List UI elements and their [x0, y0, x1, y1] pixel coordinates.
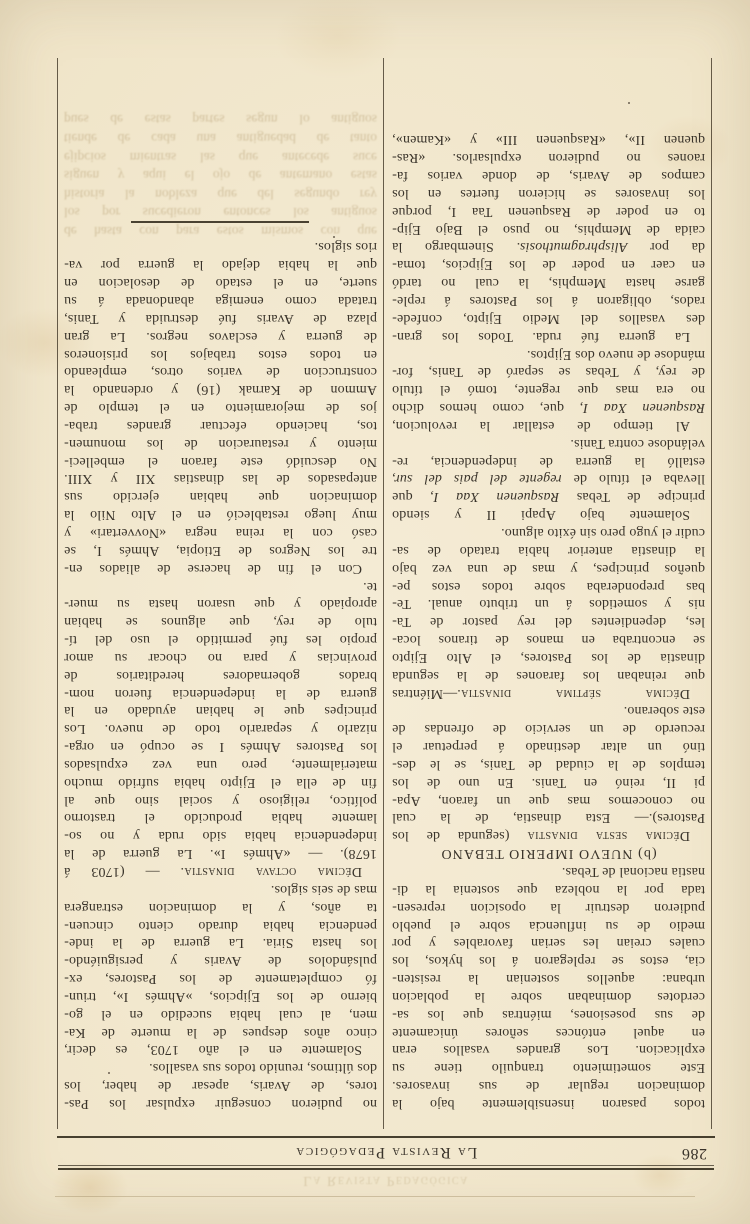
text-line: Con el fin de hacerse de aliados en-: [64, 559, 377, 577]
text-line: cudir el yugo pero sin éxito alguno.: [392, 523, 705, 541]
text-line: de sus posesiones, miéntras que los sa-: [392, 1005, 705, 1023]
text-line: tos, haciendo efectuar grandes traba-: [64, 416, 377, 434]
text-line: garse hasta Memphis, la cual no tardó: [392, 273, 705, 291]
text-line: fó completamente de los Pastores, ex-: [64, 969, 377, 987]
text-line: miento y restauracion de los monumen-: [64, 434, 377, 452]
text-line: pendencia habia durado ciento cincuen-: [64, 916, 377, 934]
text-column-left: todos pasaron insensiblemente bajo ladom…: [392, 131, 705, 1112]
text-line: propio les fué permitido el uso del tí-: [64, 630, 377, 648]
text-line: apropiado y que usaron hasta su muer-: [64, 595, 377, 613]
text-line: rados, obligaron á los Pastores á reple-: [392, 291, 705, 309]
text-line: que reinaban los faraones de la segunda: [392, 666, 705, 684]
paper-speck: [628, 102, 630, 104]
text-line: provincias y para no chocar su amor: [64, 648, 377, 666]
text-line: mándose de nuevo dos Ejiptos.: [392, 345, 705, 363]
text-line: todos pasaron insensiblemente bajo la: [392, 1094, 705, 1112]
text-line: Décima séptima dinastia.—Miéntras: [392, 684, 705, 702]
bleed-through-line: tiende de cada una antiguedad de tanto: [64, 128, 377, 147]
journal-title: La Revista Pedagógica: [57, 1143, 715, 1161]
text-line: da por Alisphragmuthosis. Sinembargo la: [392, 238, 705, 256]
text-line: tre los Negros de Etiopia, Ahmés I, se: [64, 541, 377, 559]
text-line: men, al cual habia sucedido en el go-: [64, 1005, 377, 1023]
text-line: llevaba el título de regente del pais de…: [392, 470, 705, 488]
text-line: plaza de Avaris fué destruida y Tanis,: [64, 309, 377, 327]
text-line: dominacion que habian ejercido sus: [64, 487, 377, 505]
text-line: jos de mejoramiento en el templo de: [64, 398, 377, 416]
text-line: La guerra fué ruda. Todos los gran-: [392, 327, 705, 345]
left-margin-rule: [711, 58, 712, 1129]
text-line: se encontraba en manos de tiranos loca-: [392, 630, 705, 648]
text-line: independencia habia sido ruda y no so-: [64, 827, 377, 845]
text-line: tratada como enemiga abandonada á su: [64, 291, 377, 309]
text-line: pudieron destruir la oposicion represen-: [392, 898, 705, 916]
text-line: no pudieron conseguir expulsar los Pas-: [64, 1094, 377, 1112]
text-line: suerte, en el estado de desolacion en: [64, 273, 377, 291]
text-line: bas preponderaba sobre todos estos pe-: [392, 577, 705, 595]
running-header: 286 La Revista Pedagógica: [57, 1141, 715, 1163]
header-rule-top-thick: [58, 1168, 714, 1170]
text-line: pi II, reinó en Tanis. En uno de los: [392, 773, 705, 791]
bleed-through-header: La Revista Pedagógica: [57, 1172, 715, 1188]
header-rule-top-thin: [58, 1165, 714, 1166]
text-line: cinco años despues de la muerte de Ka-: [64, 1023, 377, 1041]
text-line: tada por la nobleza que sostenia la di-: [392, 880, 705, 898]
paper-crease: [55, 1196, 695, 1197]
text-line: tores, de Avaris, apesar de haber, los: [64, 1076, 377, 1094]
text-line: campos de Avaris, de donde varios fa-: [392, 166, 705, 184]
text-line: principe de Tebas Rasquenen Xaa I, que: [392, 487, 705, 505]
text-line: la dinastia anterior habia tratado de sa…: [392, 541, 705, 559]
text-line: lamente habia producido el trastorno: [64, 809, 377, 827]
text-line: raones no pudieron expulsarlos. «Ras-: [392, 148, 705, 166]
text-line: político, religioso y social sino que al: [64, 791, 377, 809]
text-line: antepasados de las dinastias XII y XIII.: [64, 470, 377, 488]
text-line: nastia nacional de Tebas.: [392, 862, 705, 880]
text-line: Al tiempo de estallar la revolucion,: [392, 416, 705, 434]
text-line: construccion de varios otros, empleando: [64, 363, 377, 381]
text-line: dominacion regular de sus invasores.: [392, 1076, 705, 1094]
text-line: en aquel entónces señores únicamente: [392, 1023, 705, 1041]
text-line: dinastia de los Pastores, el Alto Ejipto: [392, 648, 705, 666]
text-line: pulsándolos de Avaris y persiguiéndo-: [64, 951, 377, 969]
right-margin-rule: [57, 58, 58, 1129]
text-line: tinó un altar destinado á perpetuar el: [392, 737, 705, 755]
bleed-through-line: historia la nobleza que del segundo rey: [64, 184, 377, 203]
text-line: casó con la reina negra «Novvertari» y: [64, 523, 377, 541]
text-line: mas de seis siglos.: [64, 880, 377, 898]
text-line: de guerra y esclavos negros. La gran: [64, 327, 377, 345]
text-line: Pastores).— Esta dinastia, de la cual: [392, 809, 705, 827]
section-heading: (b) NUEVO IMPERIO TEBANO: [392, 844, 705, 862]
text-line: brados gobernadores hereditarios de: [64, 666, 377, 684]
text-line: no era mas que regente, tomó el título: [392, 380, 705, 398]
scanned-page: La Revista Pedagógica 286 La Revista Ped…: [0, 0, 750, 1224]
text-line: que la habia dejado la guerra por va-: [64, 256, 377, 274]
text-line: en caer en poder de los Ejipcios, toma-: [392, 256, 705, 274]
text-line: Rasquenen Xaa I, que, como hemos dicho: [392, 398, 705, 416]
bleed-through-line: ejipcios mientras las que antecede suce: [64, 147, 377, 166]
text-line: guerra de la independencia fueron nom-: [64, 684, 377, 702]
text-line: explicacion. Los grandes vasallos eran: [392, 1041, 705, 1059]
text-line: urbana: aquellos sostenian la resisten-: [392, 969, 705, 987]
text-line: quenen II», «Rasquenen III» y «Kamen»,: [392, 131, 705, 149]
text-line: no conocemos mas que un faraon, Apa-: [392, 791, 705, 809]
scan-canvas: La Revista Pedagógica 286 La Revista Ped…: [0, 0, 750, 1224]
text-line: Décima octava dinastia. — (1703 á: [64, 862, 377, 880]
text-line: dos últimos, reunido todos sus vasallos.: [64, 1058, 377, 1076]
text-line: cerdotes dominaban sobre la poblacion: [392, 987, 705, 1005]
text-line: de rey, y Tebas se separó de Tanis, for-: [392, 363, 705, 381]
text-line: 1678). — «Ahmés I». La guerra de la: [64, 844, 377, 862]
text-line: rios siglos.: [64, 238, 377, 256]
text-line: bierno de los Ejipcios, »Ahmés I», triun…: [64, 987, 377, 1005]
text-line: tulo de rey, que algunos se habian: [64, 612, 377, 630]
text-line: los Pastores Ahmés I se ocupó en orga-: [64, 737, 377, 755]
text-line: velándose contra Tanis.: [392, 434, 705, 452]
header-rule-bottom: [57, 1136, 715, 1138]
text-line: queños principes, y mas de una vez bajo: [392, 559, 705, 577]
text-line: muy luego restableció en el Alto Nilo la: [64, 505, 377, 523]
text-line: recuerdo de un servicio de ofrendas de: [392, 719, 705, 737]
text-line: fin de ella el Ejipto habia sufrido much…: [64, 773, 377, 791]
text-line: templos de la ciudad de Tanis, se le des…: [392, 755, 705, 773]
bleed-through-line: pues de estas partes segun lo antiguos: [64, 110, 377, 129]
text-line: Décima sesta dinastia (segunda de los: [392, 827, 705, 845]
text-line: nizarlo y separarlo todo de nuevo. Los: [64, 719, 377, 737]
article-end-rule: [132, 221, 310, 223]
text-line: Este sometimiento tranquilo tiene su: [392, 1058, 705, 1076]
text-line: cia, estos se replegaron á los hykos, lo…: [392, 951, 705, 969]
text-line: cuales creian les serian favorables y po…: [392, 934, 705, 952]
text-line: estalló la guerra de independencia, re-: [392, 452, 705, 470]
text-line: este soberano.: [392, 702, 705, 720]
column-divider-rule: [383, 58, 384, 1129]
text-line: te.: [64, 577, 377, 595]
text-line: los invasores se hicieron fuertes en los: [392, 184, 705, 202]
text-line: nis y sometidos á un tributo anual. Te-: [392, 595, 705, 613]
text-line: to en poder de Rasquenen Taa I, porque: [392, 202, 705, 220]
text-line: ta años, y la dominacion estrangera: [64, 898, 377, 916]
text-line: caida de Memphis, no puso el Bajo Ejip-: [392, 220, 705, 238]
text-line: los hasta Siria. La guerra de la inde-: [64, 934, 377, 952]
text-line: des vasallos del Medio Ejipto, confede-: [392, 309, 705, 327]
text-line: Solamente bajo Apapi II y siendo: [392, 505, 705, 523]
text-line: No descuidó este faraon el embelleci-: [64, 452, 377, 470]
text-line: en todos estos trabajos los prisioneros: [64, 345, 377, 363]
text-line: principes que le habian ayudado en la: [64, 702, 377, 720]
bleed-through-line: los por sucedieron entonces los antiguos: [64, 203, 377, 222]
text-column-right: no pudieron conseguir expulsar los Pas-t…: [64, 221, 377, 1112]
bleed-through-line: siguen y aqui el ojo de antemano estas: [64, 166, 377, 185]
text-line: materialmente, pero una vez expulsados: [64, 755, 377, 773]
text-line: Solamente en el año 1703, es decir,: [64, 1041, 377, 1059]
text-line: medio de su influencia sobre el pueblo: [392, 916, 705, 934]
text-line: Ammon de Karnak (16) y ordenando la: [64, 380, 377, 398]
text-line: les, dependientes del rey pastor de Ta-: [392, 612, 705, 630]
